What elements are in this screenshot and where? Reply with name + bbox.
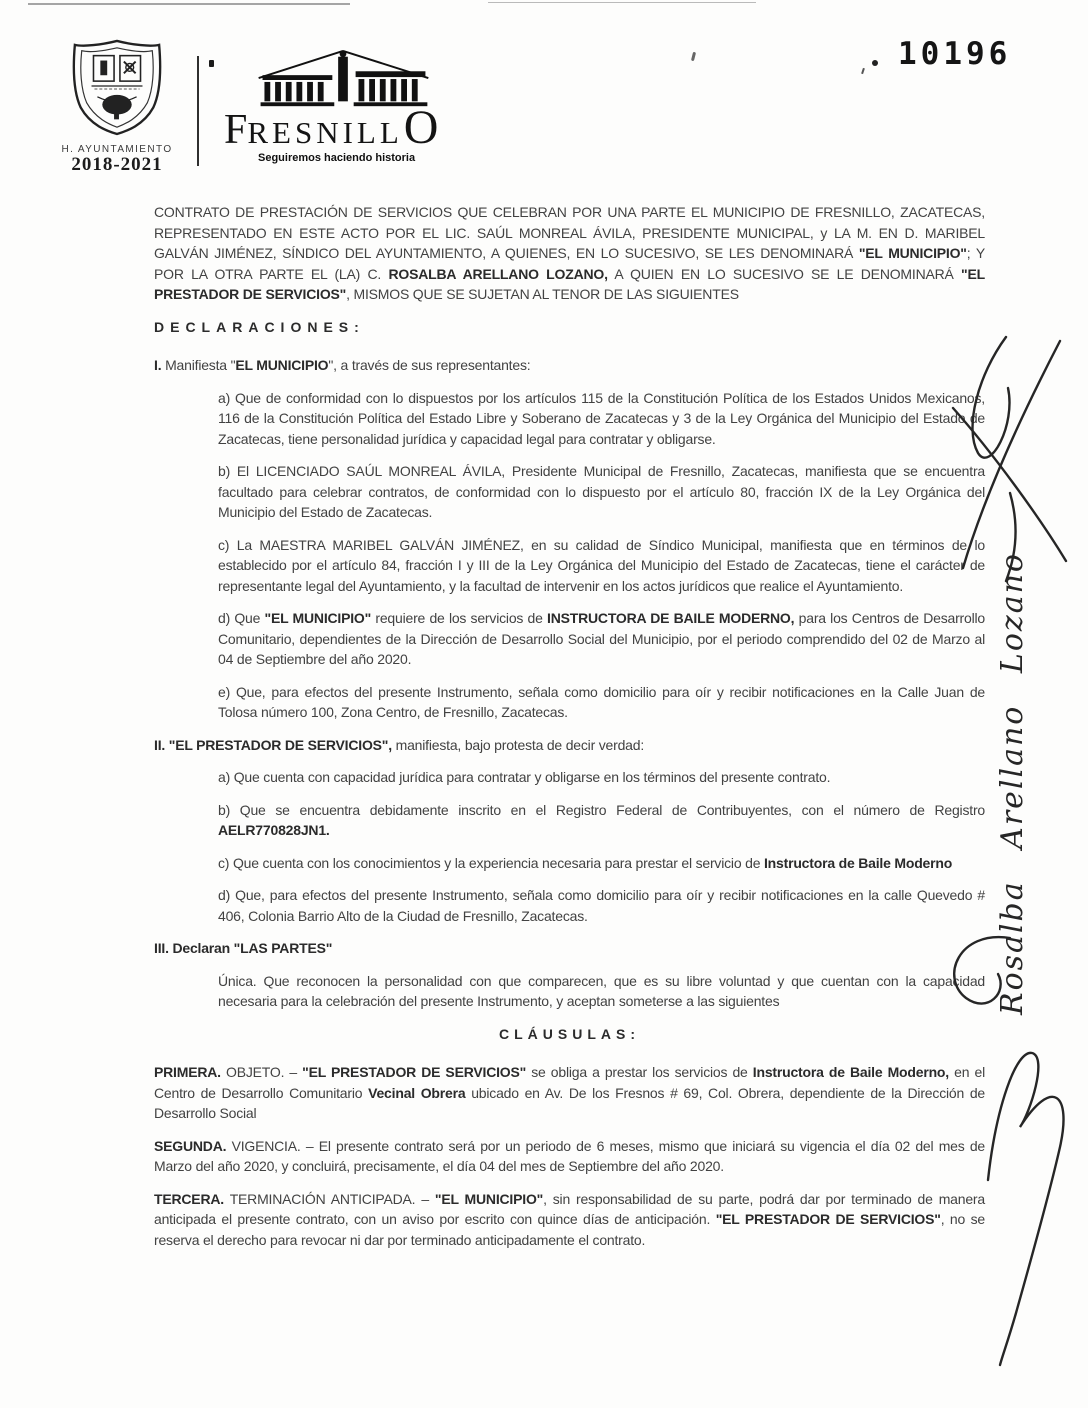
declaracion-2-inciso-b: b) Que se encuentra debidamente inscrito… bbox=[218, 800, 985, 841]
declaracion-1-inciso-e: e) Que, para efectos del presente Instru… bbox=[218, 682, 985, 723]
scan-artifact-line bbox=[488, 2, 756, 3]
document-body: CONTRATO DE PRESTACIÓN DE SERVICIOS QUE … bbox=[154, 202, 985, 1262]
scanned-contract-page: H. AYUNTAMIENTO 2018-2021 bbox=[0, 0, 1088, 1408]
declaracion-2-heading: II. "EL PRESTADOR DE SERVICIOS", manifie… bbox=[154, 735, 985, 756]
declaracion-3-unica: Única. Que reconocen la personalidad con… bbox=[218, 971, 985, 1012]
signature-flourish-top bbox=[948, 333, 1073, 598]
signature-loop bbox=[938, 930, 1023, 1020]
declaracion-2-inciso-c: c) Que cuenta con los conocimientos y la… bbox=[218, 853, 985, 874]
logo-letter: O bbox=[404, 104, 439, 152]
declaracion-2-inciso-a: a) Que cuenta con capacidad jurídica par… bbox=[218, 767, 985, 788]
coat-of-arms-icon bbox=[69, 38, 165, 136]
fresnillo-logo: FRESNILLO Seguiremos haciendo historia bbox=[224, 48, 464, 164]
scan-mark bbox=[861, 68, 865, 74]
seal-years: 2018-2021 bbox=[58, 154, 176, 176]
logo-wordmark: FRESNILLO bbox=[224, 104, 464, 152]
folio-number: 10196 bbox=[898, 36, 1011, 72]
municipal-seal: H. AYUNTAMIENTO 2018-2021 bbox=[58, 38, 176, 176]
clausula-tercera: TERCERA. TERMINACIÓN ANTICIPADA. – "EL M… bbox=[154, 1189, 985, 1251]
scan-mark bbox=[872, 60, 878, 66]
clausula-primera: PRIMERA. OBJETO. – "EL PRESTADOR DE SERV… bbox=[154, 1062, 985, 1124]
declaracion-1-inciso-b: b) El LICENCIADO SAÚL MONREAL ÁVILA, Pre… bbox=[218, 461, 985, 523]
signature-flourish-bottom bbox=[960, 1035, 1075, 1370]
header-divider bbox=[197, 56, 199, 166]
clausula-segunda: SEGUNDA. VIGENCIA. – El presente contrat… bbox=[154, 1136, 985, 1177]
declaracion-2-inciso-d: d) Que, para efectos del presente Instru… bbox=[218, 885, 985, 926]
scan-mark bbox=[209, 60, 214, 67]
clausulas-heading: CLÁUSULAS: bbox=[154, 1024, 985, 1045]
intro-paragraph: CONTRATO DE PRESTACIÓN DE SERVICIOS QUE … bbox=[154, 202, 985, 305]
declaracion-1-inciso-d: d) Que "EL MUNICIPIO" requiere de los se… bbox=[218, 608, 985, 670]
scan-mark bbox=[691, 52, 696, 61]
declaracion-1-inciso-c: c) La MAESTRA MARIBEL GALVÁN JIMÉNEZ, en… bbox=[218, 535, 985, 597]
scan-artifact-line bbox=[28, 3, 350, 5]
declaracion-1-heading: I. Manifiesta "EL MUNICIPIO", a través d… bbox=[154, 355, 985, 376]
logo-letter: F bbox=[224, 109, 247, 151]
declaracion-1-inciso-a: a) Que de conformidad con lo dispuestos … bbox=[218, 388, 985, 450]
declaracion-3-heading: III. Declaran "LAS PARTES" bbox=[154, 938, 985, 959]
logo-letters: RESNILL bbox=[247, 117, 402, 148]
declaraciones-heading: DECLARACIONES: bbox=[154, 317, 985, 338]
